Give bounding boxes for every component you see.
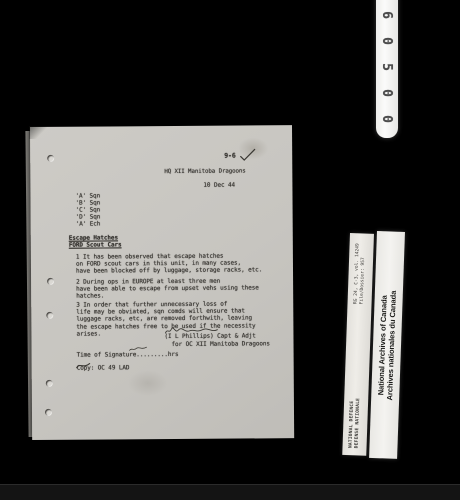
unit-header: HQ XII Manitoba Dragoons [164,168,245,176]
reference-label-strip: NATIONAL DEFENCE DEFENSE NATIONALE RG 24… [342,233,374,456]
date-line: 10 Dec 44 [203,182,235,189]
microfilm-frame: 6 0 5 0 0 9-6 HQ XII Manitoba Dragoons 1… [0,0,460,500]
copies-line: Copy: OC 49 LAD [77,364,130,372]
counter-digit: 0 [380,112,394,126]
punch-hole [46,380,53,387]
time-of-signature-line: Time of Signature.........hrs [77,351,179,359]
reference-label-rotated: NATIONAL DEFENCE DEFENSE NATIONALE RG 24… [342,233,374,456]
page-stain [128,370,168,396]
punch-hole [47,278,54,285]
counter-digit: 6 [380,8,394,22]
archive-reference-label: RG 24, C-3, vol. 14249 File/Dossier: 957 [354,243,367,304]
archives-name-label: National Archives of Canada Archives nat… [376,290,398,400]
counter-digit: 0 [380,34,394,48]
bottom-film-band [0,484,460,500]
counter-digit: 5 [380,60,394,74]
signature-name-line: (I L Phillips) Capt & Adjt [164,332,255,340]
archives-label-strip: National Archives of Canada Archives nat… [369,231,405,459]
paragraph-2: 2 During ops in EUROPE at least three me… [76,277,259,300]
page-reference-number: 9-6 [224,153,236,160]
film-counter-strip: 6 0 5 0 0 [376,0,398,138]
punch-hole [46,312,53,319]
document-page: 9-6 HQ XII Manitoba Dragoons 10 Dec 44 '… [30,125,294,440]
paragraph-1: 1 It has been observed that escape hatch… [76,252,262,275]
archives-label-rotated: National Archives of Canada Archives nat… [369,231,405,459]
counter-digit: 0 [380,86,394,100]
defence-label: NATIONAL DEFENCE DEFENSE NATIONALE [349,398,362,449]
subject-line-2: FORD Scout Cars [69,241,122,249]
signature-for-line: for OC XII Manitoba Dragoons [171,340,269,348]
punch-hole [47,155,54,162]
checkmark-icon [239,148,256,161]
distribution-item: 'A' Ech [76,221,101,228]
page-corner-fold [29,126,47,139]
punch-hole [45,409,52,416]
